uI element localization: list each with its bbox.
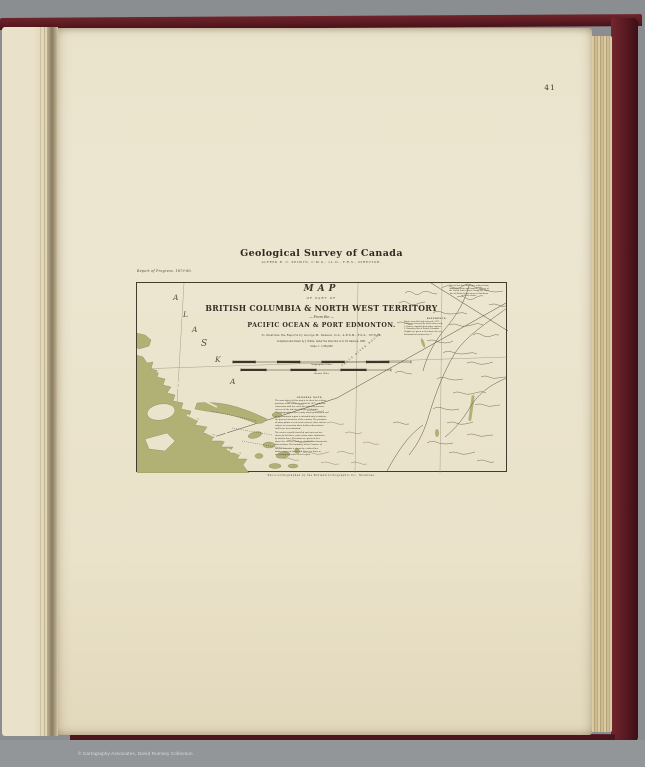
scale-bar-1-label: Geographical Miles [137, 363, 506, 366]
alaska-letter: L [183, 310, 188, 319]
scale-line: Scale 1 : 1,584,000 [137, 345, 506, 348]
page-number: 41 [538, 83, 562, 92]
note-general: GENERAL NOTE. The main object of this ma… [275, 397, 345, 457]
note-line: Astronomical stations thus ☉ [404, 334, 470, 337]
note-line: use among the tribes of the region. [275, 454, 345, 457]
note-reference: REFERENCE. Routes travelled and surveyed… [404, 318, 470, 336]
note-line: on those charts. [433, 295, 505, 298]
alaska-letter: A [173, 293, 178, 302]
alaska-letter: S [201, 339, 207, 349]
alaska-letter: A [192, 325, 197, 334]
compiled-line: Compiled and drawn by J. White, under th… [137, 340, 506, 343]
alaska-letter: K [215, 355, 221, 364]
alaska-letter: A [230, 377, 235, 386]
binding-gutter [47, 27, 58, 736]
book-cover-right-edge [611, 18, 638, 742]
map-main-title: BRITISH COLUMBIA & NORTH WEST TERRITORY [143, 303, 501, 313]
survey-heading: Geological Survey of Canada [136, 248, 507, 259]
progress-report-note: Report of Progress, 1879-80. [137, 269, 192, 273]
lithographer-imprint: Photo-Lithographed by the Burland Lithog… [136, 474, 507, 477]
map-neatline-frame: MAP OF PART OF BRITISH COLUMBIA & NORTH … [136, 282, 507, 472]
director-line: ALFRED R. C. SELWYN, C.M.G., LL.D., F.R.… [136, 260, 507, 264]
facing-page-edge [2, 27, 47, 736]
atlas-scan-page: 41 Geological Survey of Canada ALFRED R.… [0, 0, 645, 767]
page-edge-stack [592, 36, 612, 732]
note-top-right: West of this line the map is reduced fro… [433, 285, 505, 298]
collection-credit: © Cartography Associates, David Rumsey C… [78, 751, 193, 756]
scale-bar-2-label: Statute Miles [137, 372, 506, 375]
